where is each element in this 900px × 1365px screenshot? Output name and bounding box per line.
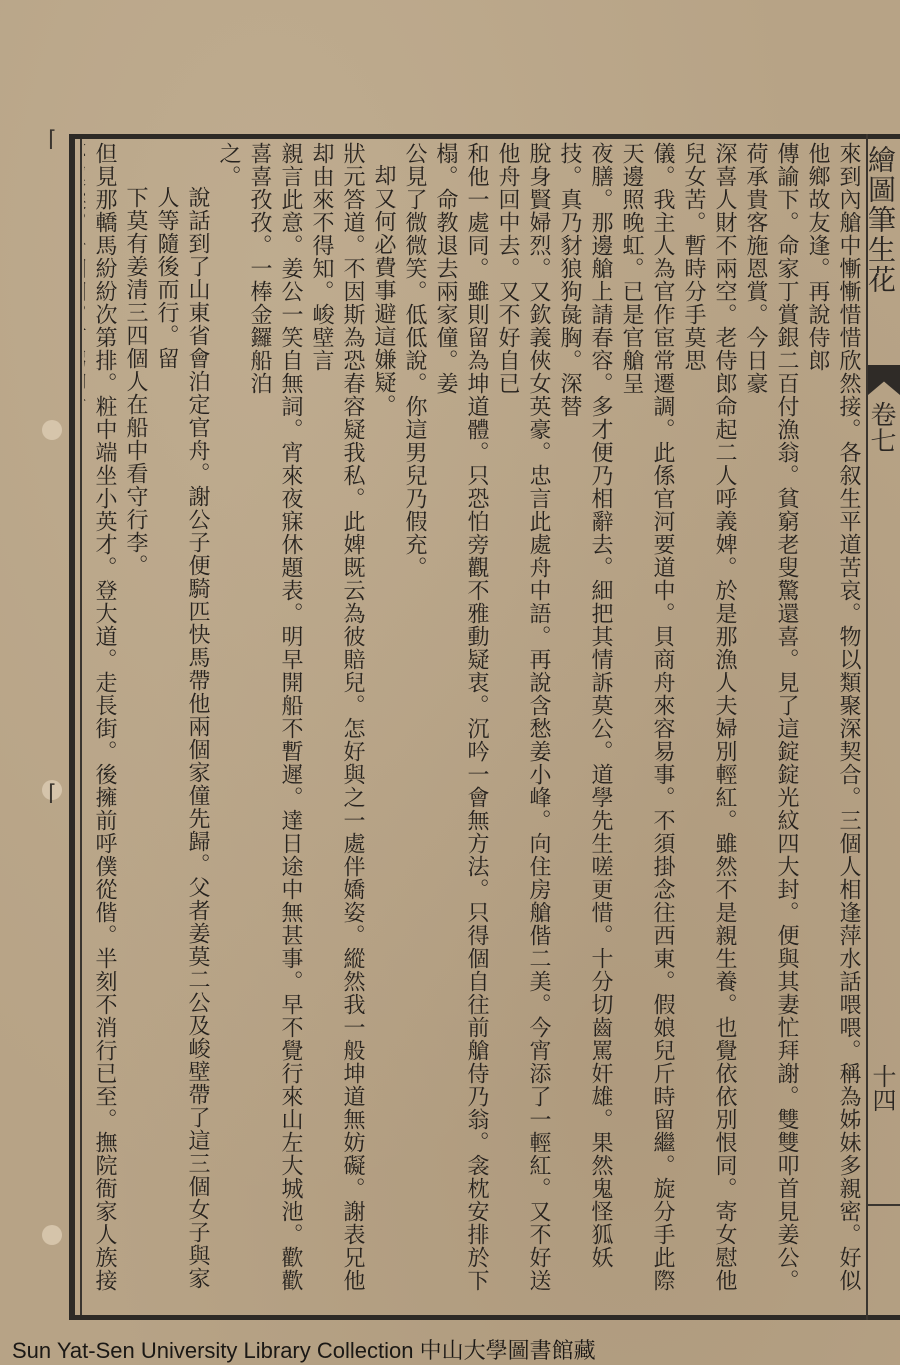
main-text-block: 來到內艙中慚慚惜惜欣然接。各叙生平道苦哀。物以類聚深契合。三個人相逢萍水話喂喂。… [84,142,864,1312]
text-column: 脫身賢婦烈。又欽義俠女英豪。忠言此處舟中語。再說含愁姜小峰。向住房艙偕二美。今宵… [492,142,554,1312]
inner-border-line [80,139,82,1315]
text-column: 之。 [213,142,244,1312]
text-column: 但見那轎馬紛紛次第排。粧中端坐小英才。登大道。走長街。後擁前呼僕從偕。半刻不消行… [84,142,120,1312]
fold-mark-icon: ⌈ [48,782,70,806]
binding-hole [42,420,62,440]
text-column: 和他一處同。雖則留為坤道體。只恐怕旁觀不雅動疑衷。沉吟一會無方法。只得個自往前艙… [430,142,492,1312]
fold-mark-icon: ⌈ [48,128,70,152]
text-column: 儀。我主人為官作宦常遷調。此係官河要道中。貝商舟來容易事。不須掛念往西東。假娘兒… [616,142,678,1312]
text-column: 公見了微微笑。低低說。你這男兒乃假充。 [399,142,430,1312]
library-caption: Sun Yat-Sen University Library Collectio… [12,1334,596,1365]
text-column: 下莫有姜清三四個人在船中看守行李。 [120,142,151,1312]
banxin-margin: 繪圖筆生花 卷七 十四 [868,139,900,1315]
text-column: 親言此意。姜公一笑自無詞。宵來夜寐休題表。明早開船不暫遲。達日途中無甚事。早不覺… [244,142,306,1312]
binding-hole [42,1225,62,1245]
text-column: 傳諭下。命家丁賞銀二百付漁翁。貧窮老叟驚還喜。見了這錠錠光紋四大封。便與其妻忙拜… [740,142,802,1312]
text-column: 說話到了山東省會泊定官舟。謝公子便騎匹快馬帶他兩個家僮先歸。父者姜莫二公及峻壁帶… [151,142,213,1312]
text-column: 却又何必費事避這嫌疑。 [368,142,399,1312]
volume-label: 卷七 [870,401,900,453]
text-column: 深喜人財不兩空。老侍郎命起二人呼義婢。於是那漁人夫婦別輕紅。雖然不是親生養。也覺… [678,142,740,1312]
banxin-rule [868,1204,900,1206]
text-column: 來到內艙中慚慚惜惜欣然接。各叙生平道苦哀。物以類聚深契合。三個人相逢萍水話喂喂。… [802,142,864,1312]
text-column: 夜膳。那邊艙上請春容。多才便乃相辭去。細把其情訴莫公。道學先生嗟更惜。十分切齒罵… [554,142,616,1312]
book-title: 繪圖筆生花 [870,145,900,295]
text-column: 狀元答道。不因斯為恐春容疑我私。此婢既云為彼賠兒。怎好與之一處伴嬌姿。縱然我一般… [306,142,368,1312]
page-number: 十四 [870,1064,900,1112]
fishtail-mark-icon [868,365,900,395]
